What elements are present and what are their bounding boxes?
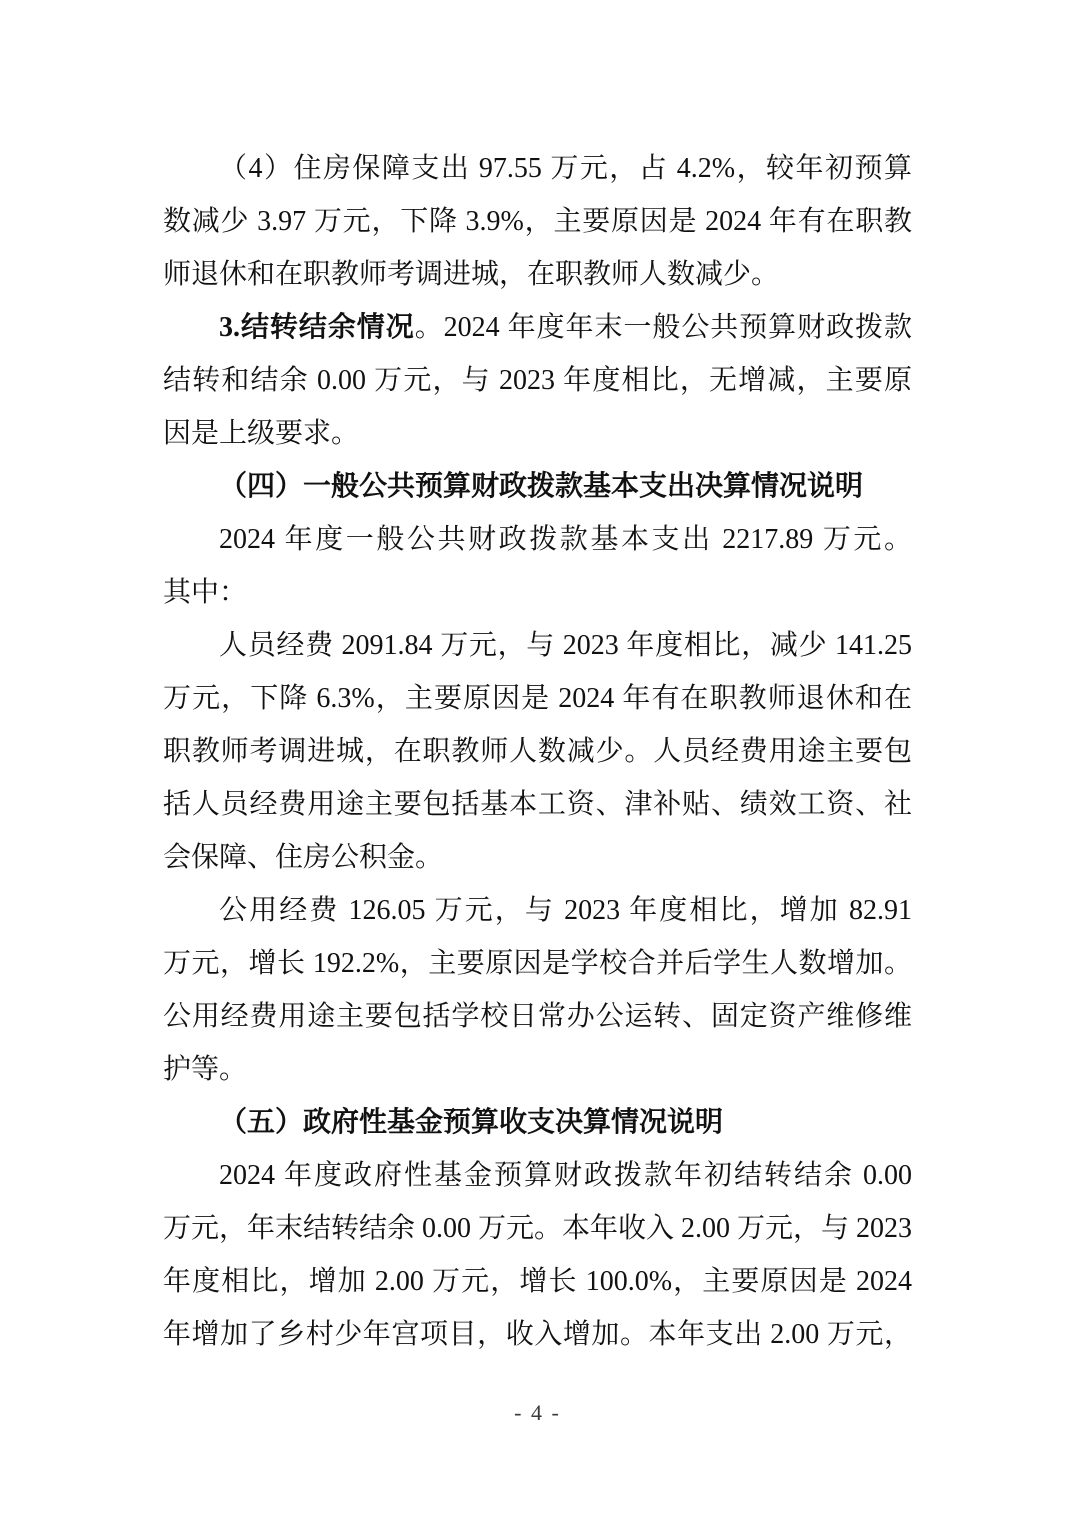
document-page: （4）住房保障支出 97.55 万元，占 4.2%，较年初预算数减少 3.97 …	[0, 0, 1075, 1520]
text-line: 公用经费用途主要包括学校日常办公运转、固定资产维修维	[163, 990, 912, 1043]
text-run: 万元，下降 6.3%，主要原因是 2024 年有在职教师退休和在	[163, 683, 912, 714]
text-run: 护等。	[163, 1054, 247, 1085]
text-run: 。2024 年度年末一般公共预算财政拨款	[415, 312, 912, 343]
text-run-bold: （四）一般公共预算财政拨款基本支出决算情况说明	[219, 471, 863, 502]
text-line: 职教师考调进城，在职教师人数减少。人员经费用途主要包	[163, 725, 912, 778]
text-run: 职教师考调进城，在职教师人数减少。人员经费用途主要包	[163, 736, 912, 767]
text-line: 数减少 3.97 万元，下降 3.9%，主要原因是 2024 年有在职教	[163, 195, 912, 248]
text-line: 师退休和在职教师考调进城，在职教师人数减少。	[163, 248, 912, 301]
page-number: - 4 -	[0, 1398, 1075, 1428]
text-line: 2024 年度政府性基金预算财政拨款年初结转结余 0.00	[163, 1149, 912, 1202]
text-line: 其中：	[163, 566, 912, 619]
text-line: 万元，下降 6.3%，主要原因是 2024 年有在职教师退休和在	[163, 672, 912, 725]
text-line: 3.结转结余情况。2024 年度年末一般公共预算财政拨款	[163, 301, 912, 354]
text-line: 括人员经费用途主要包括基本工资、津补贴、绩效工资、社	[163, 778, 912, 831]
text-line: 人员经费 2091.84 万元，与 2023 年度相比，减少 141.25	[163, 619, 912, 672]
text-run: 万元，年末结转结余 0.00 万元。本年收入 2.00 万元，与 2023	[163, 1213, 912, 1244]
text-run: 会保障、住房公积金。	[163, 842, 443, 873]
text-run: 2024 年度一般公共财政拨款基本支出 2217.89 万元。	[219, 524, 912, 555]
text-line: 年增加了乡村少年宫项目，收入增加。本年支出 2.00 万元，	[163, 1308, 912, 1361]
text-line: （4）住房保障支出 97.55 万元，占 4.2%，较年初预算	[163, 142, 912, 195]
text-run-bold: 3.结转结余情况	[219, 312, 415, 343]
section-heading: （五）政府性基金预算收支决算情况说明	[163, 1096, 912, 1149]
text-run: 括人员经费用途主要包括基本工资、津补贴、绩效工资、社	[163, 789, 912, 820]
text-line: 结转和结余 0.00 万元，与 2023 年度相比，无增减，主要原	[163, 354, 912, 407]
text-line: 因是上级要求。	[163, 407, 912, 460]
text-run-bold: （五）政府性基金预算收支决算情况说明	[219, 1107, 723, 1138]
text-run: 师退休和在职教师考调进城，在职教师人数减少。	[163, 259, 779, 290]
text-line: 护等。	[163, 1043, 912, 1096]
text-run: 人员经费 2091.84 万元，与 2023 年度相比，减少 141.25	[219, 630, 912, 661]
text-run: 因是上级要求。	[163, 418, 359, 449]
text-line: 会保障、住房公积金。	[163, 831, 912, 884]
text-run: 2024 年度政府性基金预算财政拨款年初结转结余 0.00	[219, 1160, 912, 1191]
text-line: 万元，增长 192.2%，主要原因是学校合并后学生人数增加。	[163, 937, 912, 990]
text-run: 数减少 3.97 万元，下降 3.9%，主要原因是 2024 年有在职教	[163, 206, 912, 237]
text-run: 其中：	[163, 577, 247, 608]
text-run: 公用经费用途主要包括学校日常办公运转、固定资产维修维	[163, 1001, 912, 1032]
document-body: （4）住房保障支出 97.55 万元，占 4.2%，较年初预算数减少 3.97 …	[163, 142, 912, 1361]
text-line: 公用经费 126.05 万元，与 2023 年度相比，增加 82.91	[163, 884, 912, 937]
text-run: 公用经费 126.05 万元，与 2023 年度相比，增加 82.91	[219, 895, 912, 926]
text-line: 万元，年末结转结余 0.00 万元。本年收入 2.00 万元，与 2023	[163, 1202, 912, 1255]
section-heading: （四）一般公共预算财政拨款基本支出决算情况说明	[163, 460, 912, 513]
text-line: 年度相比，增加 2.00 万元，增长 100.0%，主要原因是 2024	[163, 1255, 912, 1308]
text-run: 万元，增长 192.2%，主要原因是学校合并后学生人数增加。	[163, 948, 912, 979]
text-run: 年度相比，增加 2.00 万元，增长 100.0%，主要原因是 2024	[163, 1266, 912, 1297]
text-line: 2024 年度一般公共财政拨款基本支出 2217.89 万元。	[163, 513, 912, 566]
text-run: （4）住房保障支出 97.55 万元，占 4.2%，较年初预算	[219, 153, 912, 184]
text-run: 年增加了乡村少年宫项目，收入增加。本年支出 2.00 万元，	[163, 1319, 912, 1350]
text-run: 结转和结余 0.00 万元，与 2023 年度相比，无增减，主要原	[163, 365, 912, 396]
